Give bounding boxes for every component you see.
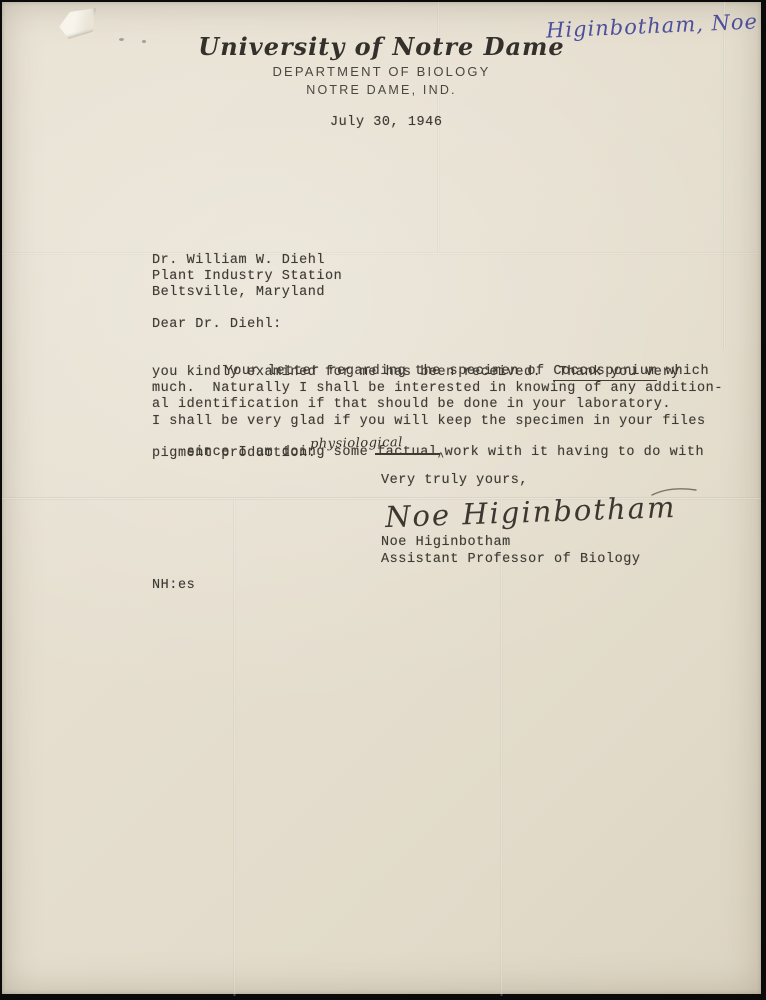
recipient-organization: Plant Industry Station (152, 269, 342, 284)
body-line-6-post: work with it having to do with (445, 445, 705, 460)
fold-crease-vertical-bottom-center (500, 499, 503, 996)
valediction: Very truly yours, (381, 473, 528, 488)
letterhead-department: DEPARTMENT OF BIOLOGY (2, 64, 761, 79)
reference-initials: NH:es (152, 578, 195, 593)
body-line-5: I shall be very glad if you will keep th… (152, 414, 706, 429)
signer-typed-name: Noe Higinbotham (381, 535, 511, 550)
letter-date: July 30, 1946 (330, 115, 442, 130)
body-line-4: al identification if that should be done… (152, 397, 671, 412)
signer-title: Assistant Professor of Biology (381, 552, 641, 567)
letterhead-institution: University of Notre Dame (2, 32, 761, 61)
handwritten-insertion-word: physiological (310, 435, 403, 452)
body-line-7: pigment production. (152, 446, 316, 461)
fold-crease-vertical-bottom-left (233, 499, 236, 996)
fold-crease-horizontal-upper (2, 252, 761, 255)
recipient-name: Dr. William W. Diehl (152, 253, 325, 268)
letterhead-location: NOTRE DAME, IND. (2, 83, 761, 97)
scanned-letter-page: { "annotation": { "filing_name": "Higinb… (0, 0, 766, 1000)
handwritten-signature: Noe Higinbotham (384, 490, 676, 534)
letter-paper: Higinbotham, Noe University of Notre Dam… (2, 2, 761, 994)
insertion-caret: ^ (438, 452, 445, 464)
body-line-3: much. Naturally I shall be interested in… (152, 381, 723, 396)
body-line-2: you kindly examined for me has been rece… (152, 365, 680, 380)
recipient-city: Beltsville, Maryland (152, 285, 325, 300)
salutation: Dear Dr. Diehl: (152, 317, 282, 332)
